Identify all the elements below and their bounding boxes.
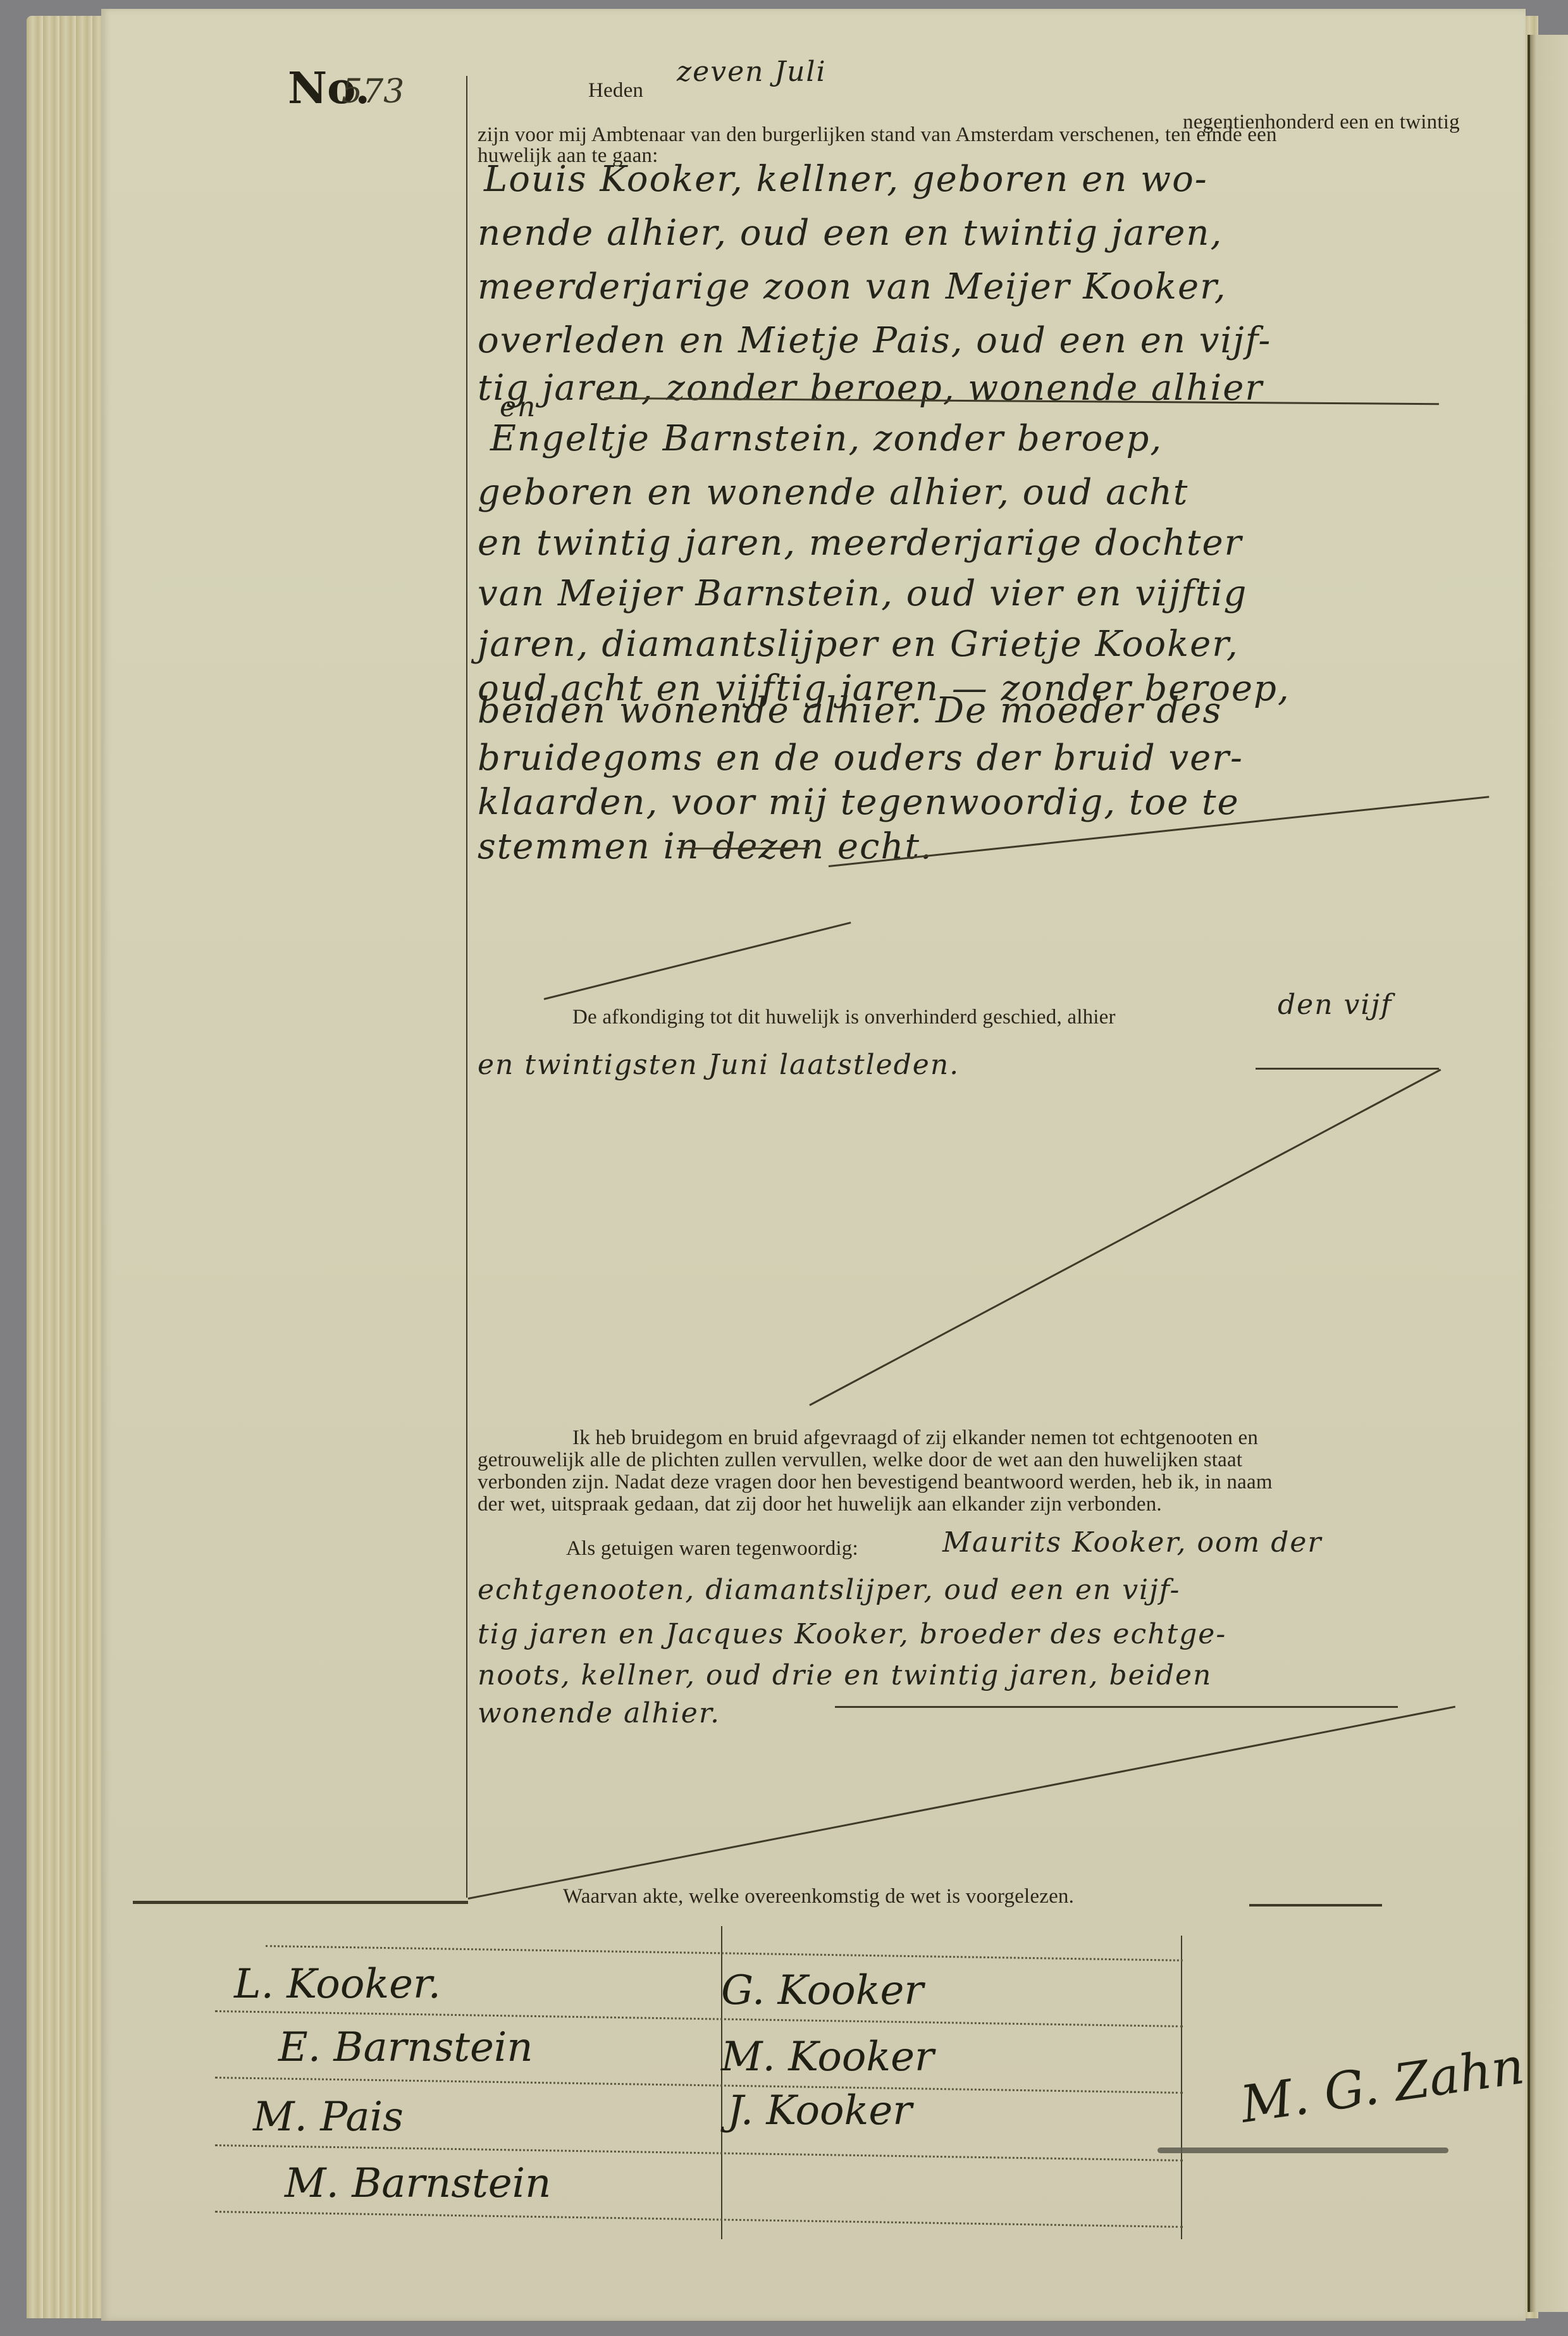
declaration-line: verbonden zijn. Nadat deze vragen door h…: [478, 1471, 1273, 1494]
witness-line: Maurits Kooker, oom der: [942, 1515, 1322, 1570]
groom-line: meerderjarige zoon van Meijer Kooker,: [478, 259, 1227, 314]
witnesses-label: Als getuigen waren tegenwoordig:: [566, 1537, 858, 1560]
banns-end-rule: [1256, 1068, 1439, 1070]
bride-line: van Meijer Barnstein, oud vier en vijfti…: [478, 566, 1247, 621]
witness-end-rule: [835, 1706, 1398, 1708]
bride-line: en twintig jaren, meerderjarige dochter: [478, 516, 1242, 571]
bride-end-rule: [677, 848, 810, 850]
declaration-line: der wet, uitspraak gedaan, dat zij door …: [478, 1493, 1162, 1516]
left-margin-rule: [466, 76, 467, 1898]
signature-bride: E. Barnstein: [278, 2024, 533, 2071]
signature-groom: L. Kooker.: [234, 1961, 441, 2008]
signature-mother-groom: M. Pais: [253, 2094, 404, 2141]
bride-line: Engeltje Barnstein, zonder beroep,: [490, 411, 1163, 466]
banns-handwritten-2: en twintigsten Juni laatstleden.: [478, 1037, 960, 1092]
signature-witness-2: J. Kooker: [727, 2087, 912, 2134]
groom-line: nende alhier, oud een en twintig jaren,: [478, 206, 1223, 261]
signature-father-bride: M. Barnstein: [285, 2160, 551, 2207]
declaration-line: Ik heb bruidegom en bruid afgevraagd of …: [572, 1426, 1258, 1450]
groom-line: Louis Kooker, kellner, geboren en wo-: [484, 152, 1208, 207]
declaration-line: getrouwelijk alle de plichten zullen ver…: [478, 1449, 1242, 1472]
date-handwritten: zeven Juli: [677, 44, 827, 99]
banns-handwritten-1: den vijf: [1278, 977, 1392, 1032]
bride-line: stemmen in dezen echt.: [478, 819, 933, 874]
act-number-value: 573: [342, 73, 404, 111]
closing-left-rule: [133, 1901, 468, 1904]
signature-column-divider-2: [1181, 1936, 1182, 2239]
banns-printed: De afkondiging tot dit huwelijk is onver…: [572, 1006, 1116, 1029]
signature-mother-bride: G. Kooker: [721, 1967, 923, 2014]
closing-right-rule: [1249, 1904, 1382, 1906]
witness-line: wonende alhier.: [478, 1686, 720, 1741]
closing-text: Waarvan akte, welke overeenkomstig de we…: [563, 1885, 1074, 1908]
heden-label: Heden: [588, 79, 643, 102]
signature-witness-1: M. Kooker: [721, 2034, 934, 2080]
bride-line: beiden wonende alhier. De moeder des: [478, 683, 1222, 738]
groom-line: overleden en Mietje Pais, oud een en vij…: [478, 313, 1271, 368]
groom-line: tig jaren, zonder beroep, wonende alhier: [478, 361, 1263, 416]
intro-line-1: zijn voor mij Ambtenaar van den burgerli…: [478, 123, 1528, 147]
bride-line: geboren en wonende alhier, oud acht: [478, 465, 1188, 520]
facing-page-edge: [1528, 35, 1568, 2312]
official-signature-underline: [1157, 2148, 1448, 2153]
